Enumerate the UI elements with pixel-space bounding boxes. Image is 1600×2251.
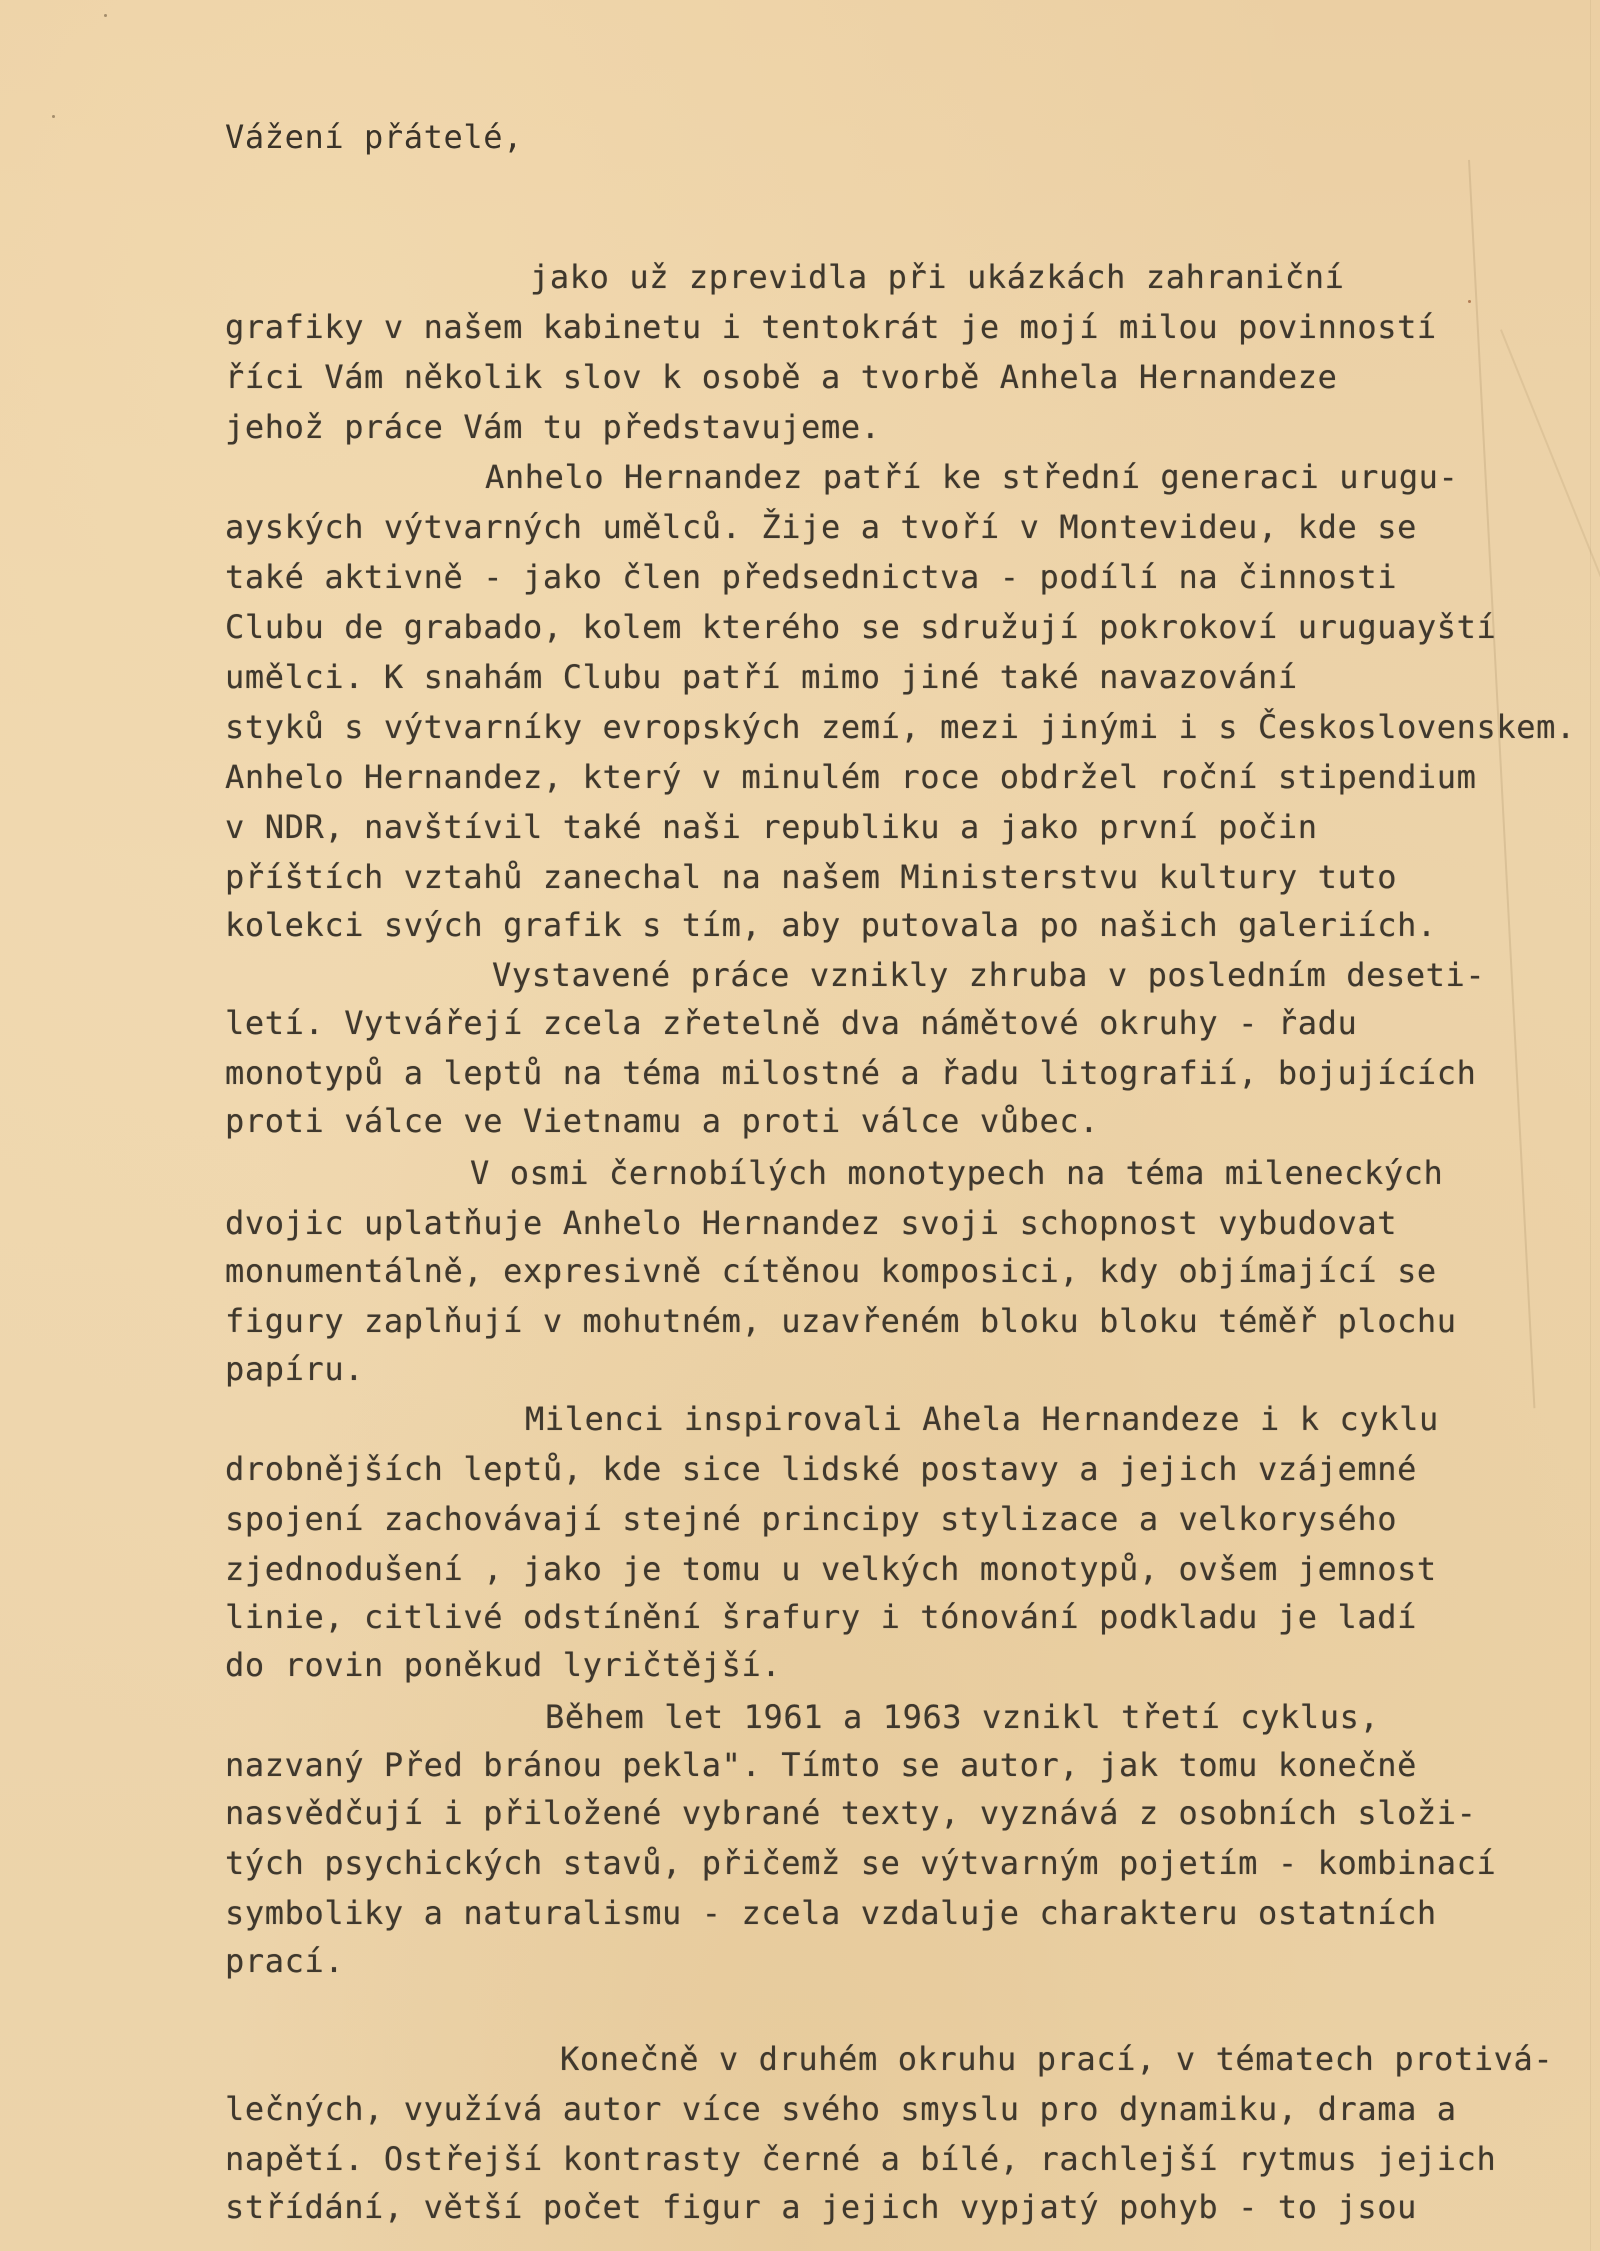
paper-crease bbox=[1500, 329, 1600, 626]
text-line: V osmi černobílých monotypech na téma mi… bbox=[470, 1153, 1443, 1193]
text-line: v NDR, navštívil také naši republiku a j… bbox=[225, 807, 1318, 847]
text-line: střídání, větší počet figur a jejich vyp… bbox=[225, 2187, 1417, 2227]
text-line: kolekci svých grafik s tím, aby putovala… bbox=[225, 905, 1437, 945]
text-line: zjednodušení , jako je tomu u velkých mo… bbox=[225, 1549, 1437, 1589]
paper-speck bbox=[104, 14, 107, 17]
text-line: dvojic uplatňuje Anhelo Hernandez svoji … bbox=[225, 1203, 1397, 1243]
text-line: spojení zachovávají stejné principy styl… bbox=[225, 1499, 1397, 1539]
text-line: říci Vám několik slov k osobě a tvorbě A… bbox=[225, 357, 1337, 397]
text-line: Anhelo Hernandez patří ke střední genera… bbox=[485, 457, 1458, 497]
text-line: linie, citlivé odstínění šrafury i tónov… bbox=[225, 1597, 1417, 1637]
text-line: drobnějších leptů, kde sice lidské posta… bbox=[225, 1449, 1417, 1489]
text-line: Konečně v druhém okruhu prací, v tématec… bbox=[560, 2039, 1553, 2079]
typewritten-letter-page: Vážení přátelé, jako už zprevidla při uk… bbox=[0, 0, 1600, 2251]
text-line: monumentálně, expresivně cítěnou komposi… bbox=[225, 1251, 1437, 1291]
salutation: Vážení přátelé, bbox=[225, 117, 523, 157]
text-line: do rovin poněkud lyričtější. bbox=[225, 1645, 781, 1685]
text-line: příštích vztahů zanechal na našem Minist… bbox=[225, 857, 1397, 897]
paper-speck bbox=[52, 115, 55, 118]
text-line: Milenci inspirovali Ahela Hernandeze i k… bbox=[525, 1399, 1439, 1439]
text-line: jehož práce Vám tu představujeme. bbox=[225, 407, 881, 447]
text-line: Clubu de grabado, kolem kterého se sdruž… bbox=[225, 607, 1496, 647]
text-line: lečných, využívá autor více svého smyslu… bbox=[225, 2089, 1457, 2129]
text-line: tých psychických stavů, přičemž se výtva… bbox=[225, 1843, 1496, 1883]
text-line: Vystavené práce vznikly zhruba v posledn… bbox=[492, 955, 1485, 995]
text-line: ayských výtvarných umělců. Žije a tvoří … bbox=[225, 507, 1417, 547]
text-line: jako už zprevidla při ukázkách zahraničn… bbox=[530, 257, 1345, 297]
text-line: papíru. bbox=[225, 1349, 364, 1389]
text-line: nazvaný Před bránou pekla". Tímto se aut… bbox=[225, 1745, 1417, 1785]
paper-crease bbox=[1590, 0, 1591, 2251]
text-line: grafiky v našem kabinetu i tentokrát je … bbox=[225, 307, 1437, 347]
paper-crease bbox=[1468, 160, 1535, 1408]
text-line: prací. bbox=[225, 1941, 344, 1981]
text-line: figury zaplňují v mohutném, uzavřeném bl… bbox=[225, 1301, 1457, 1341]
text-line: letí. Vytvářejí zcela zřetelně dva námět… bbox=[225, 1003, 1357, 1043]
text-line: umělci. K snahám Clubu patří mimo jiné t… bbox=[225, 657, 1298, 697]
text-line: také aktivně - jako člen předsednictva -… bbox=[225, 557, 1397, 597]
text-line: Během let 1961 a 1963 vznikl třetí cyklu… bbox=[545, 1697, 1379, 1737]
text-line: napětí. Ostřejší kontrasty černé a bílé,… bbox=[225, 2139, 1496, 2179]
text-line: nasvědčují i přiložené vybrané texty, vy… bbox=[225, 1793, 1477, 1833]
text-line: symboliky a naturalismu - zcela vzdaluje… bbox=[225, 1893, 1437, 1933]
text-line: styků s výtvarníky evropských zemí, mezi… bbox=[225, 707, 1576, 747]
text-line: monotypů a leptů na téma milostné a řadu… bbox=[225, 1053, 1477, 1093]
text-line: Anhelo Hernandez, který v minulém roce o… bbox=[225, 757, 1477, 797]
paper-speck bbox=[1468, 300, 1471, 303]
text-line: proti válce ve Vietnamu a proti válce vů… bbox=[225, 1101, 1099, 1141]
